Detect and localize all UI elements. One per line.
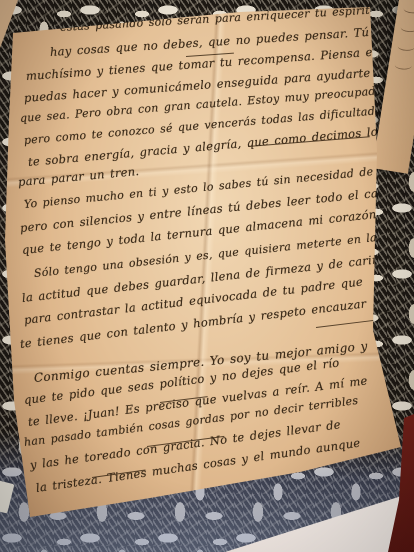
ink-underline (316, 320, 376, 328)
handwriting-squiggle (395, 60, 412, 70)
handwriting-squiggle (398, 41, 414, 51)
photo-of-handwritten-letter: estás pasando solo serán para enriquecer… (0, 0, 414, 552)
handwriting-squiggle (401, 23, 414, 33)
handwriting-squiggle (403, 4, 414, 14)
